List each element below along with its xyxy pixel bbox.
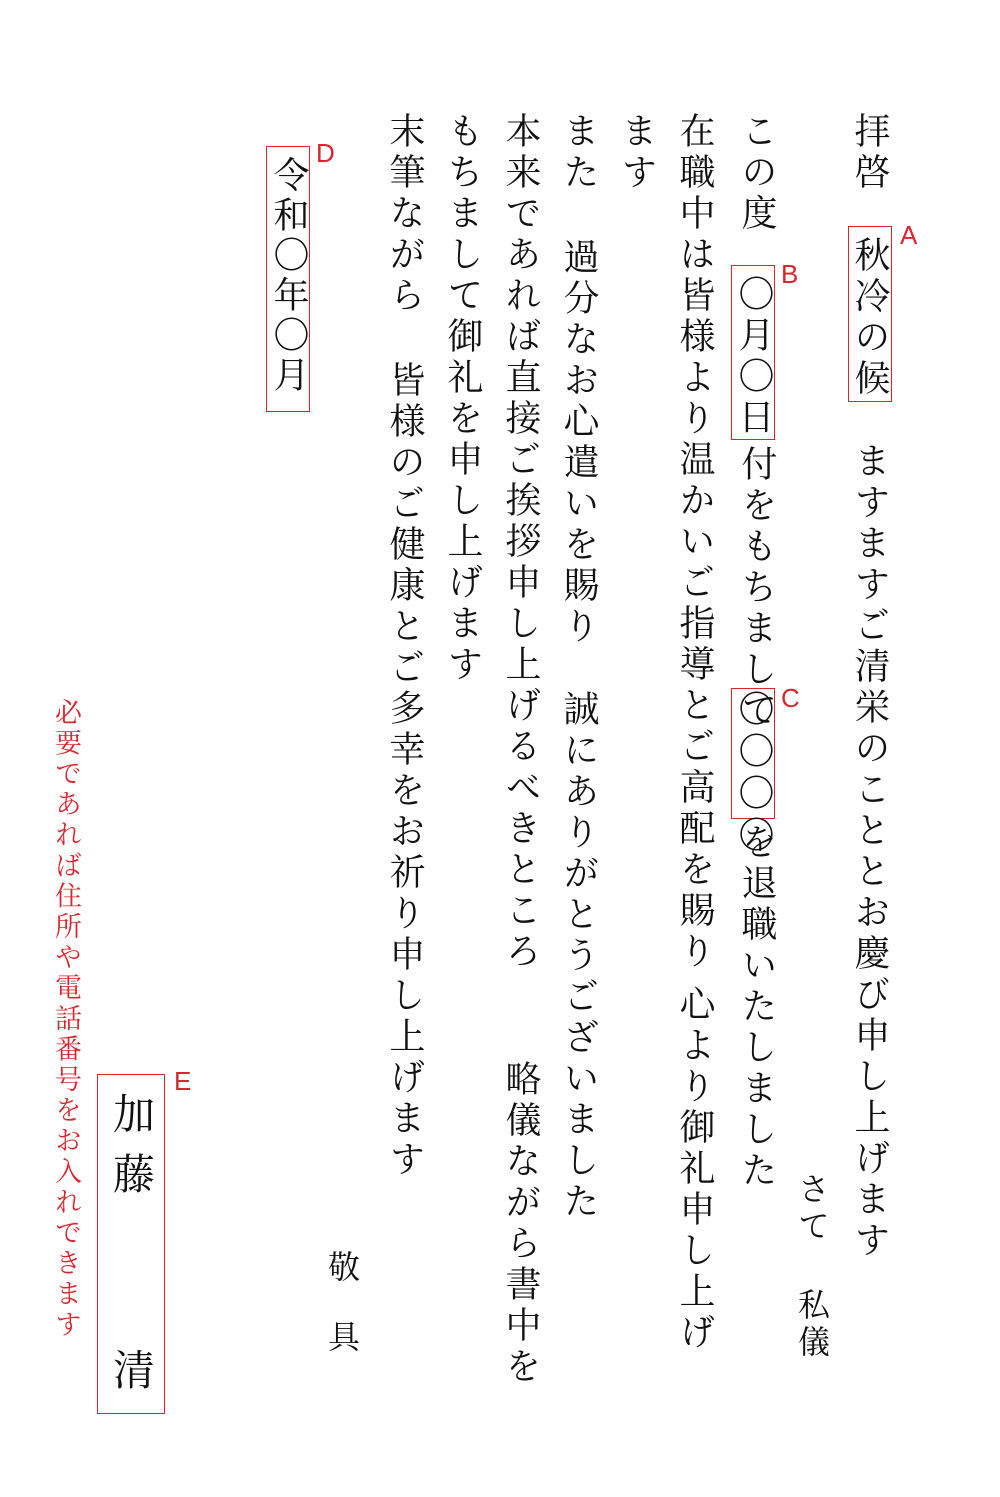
field-b-label: B xyxy=(781,261,798,287)
apology-text-1: 本来であれば直接ご挨拶申し上げるべきところ xyxy=(502,112,538,973)
self-reference: 私儀 xyxy=(796,1288,828,1362)
thanks-text: 誠にありがとうございました xyxy=(560,690,596,1223)
gratitude-text-2: 心より御礼申し上げ xyxy=(676,985,712,1354)
retirement-end: を退職いたしました xyxy=(738,823,774,1192)
gift-text: 過分なお心遣いを賜り xyxy=(560,238,596,648)
field-d-label: D xyxy=(316,140,335,166)
letter-date: 令和〇年〇月 xyxy=(270,156,306,396)
closing-intro: 末筆ながら xyxy=(386,112,422,317)
retirement-intro: この度 xyxy=(738,112,774,235)
closing-gu: 具 xyxy=(326,1320,358,1357)
opening-salutation: 拝啓 xyxy=(851,112,887,194)
seasonal-greeting: 秋冷の候 xyxy=(851,236,887,400)
field-e-label: E xyxy=(174,1068,191,1094)
field-a-label: A xyxy=(900,222,917,248)
gratitude-ending: ます xyxy=(618,112,654,194)
apology-text-2: 略儀ながら書中を xyxy=(502,1060,538,1388)
sender-family-name: 加藤 xyxy=(110,1092,152,1212)
retirement-date: 〇月〇日 xyxy=(735,275,771,439)
thanks-closing: もちまして御礼を申し上げます xyxy=(444,112,480,686)
field-c-label: C xyxy=(781,685,800,711)
address-note: 必要であれば住所や電話番号をお入れできます xyxy=(52,698,79,1341)
closing-wishes: 皆様のご健康とご多幸をお祈り申し上げます xyxy=(386,361,422,1181)
sender-given-name: 清 xyxy=(110,1348,152,1395)
gift-intro: また xyxy=(560,112,596,194)
gratitude-text-1: 在職中は皆様より温かいご指導とご高配を賜り xyxy=(676,112,712,973)
transition-word: さて xyxy=(796,1172,828,1246)
closing-kei: 敬 xyxy=(326,1250,358,1287)
greeting-text: ますますご清栄のこととお慶び申し上げます xyxy=(851,442,887,1262)
